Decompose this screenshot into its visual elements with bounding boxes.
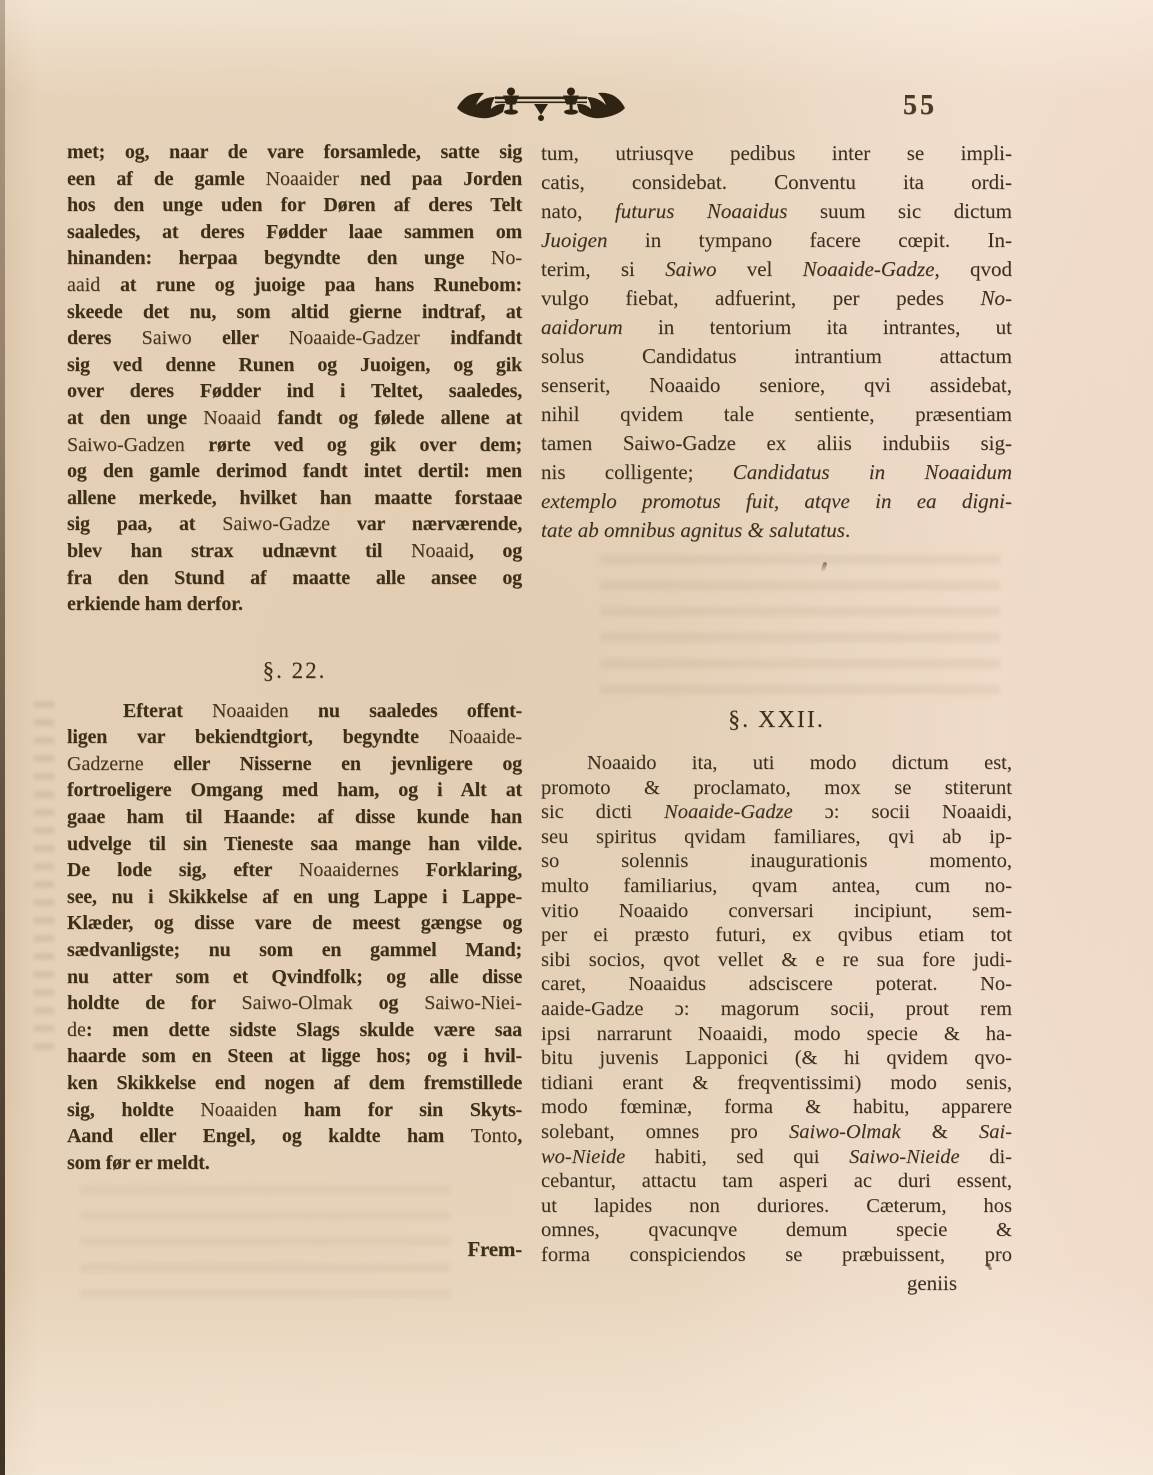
antiqua-text-segment: Noaaide- xyxy=(449,726,522,748)
text-line: Juoigen in tympano facere cœpit. In- xyxy=(541,226,1012,255)
italic-text-segment: Candidatus in Noaaidum xyxy=(733,460,1012,484)
text-line: ipsi narrarunt Noaaidi, modo specie & ha… xyxy=(541,1022,1012,1047)
text-line: forma conspiciendos se præbuissent, pro xyxy=(541,1243,1012,1268)
text-segment: so solennis inaugurationis momento, xyxy=(541,850,1012,872)
paragraph: Noaaido ita, uti modo dictum est,promoto… xyxy=(541,751,1012,1267)
text-segment: Efterat xyxy=(123,700,212,722)
book-page-scan: 55 met; og, naar de vare forsamlede, sat… xyxy=(0,0,1153,1475)
text-segment: gaae ham til Haande: af disse kunde han xyxy=(67,806,522,828)
antiqua-text-segment: No- xyxy=(491,247,522,269)
antiqua-text-segment: Noaaid xyxy=(411,540,469,562)
section-heading: §. 22. xyxy=(67,656,522,686)
text-segment: forma conspiciendos se præbuissent, pro xyxy=(541,1244,1012,1266)
text-segment: Noaaido ita, uti modo dictum est, xyxy=(587,752,1012,774)
text-segment: sig ved denne Runen og Juoigen, og gik xyxy=(67,354,522,376)
text-segment: haarde som en Steen at ligge hos; og i h… xyxy=(67,1045,522,1067)
text-segment: . xyxy=(845,518,850,542)
text-segment: sibi socios, qvot vellet & e re sua fore… xyxy=(541,949,1012,971)
text-segment: multo familiarius, qvam antea, cum no- xyxy=(541,875,1012,897)
text-line: sædvanligste; nu som en gammel Mand; xyxy=(67,937,522,964)
text-line: wo-Nieide habiti, sed qui Saiwo-Nieide d… xyxy=(541,1145,1012,1170)
text-line: holdte de for Saiwo-Olmak og Saiwo-Niei- xyxy=(67,990,522,1017)
text-segment: caret, Noaaidus adsciscere poterat. No- xyxy=(541,973,1012,995)
paragraph: Efterat Noaaiden nu saaledes offent-lige… xyxy=(67,698,522,1177)
text-line: Aand eller Engel, og kaldte ham Tonto, xyxy=(67,1123,522,1150)
text-segment: fra den Stund af maatte alle ansee og xyxy=(67,567,522,589)
italic-text-segment: No- xyxy=(981,286,1013,310)
text-line: met; og, naar de vare forsamlede, satte … xyxy=(67,139,522,166)
text-line: og den gamle derimod fandt intet dertil:… xyxy=(67,458,522,485)
text-line: tamen Saiwo-Gadze ex aliis indubiis sig- xyxy=(541,429,1012,458)
text-segment: see, nu i Skikkelse af en ung Lappe i La… xyxy=(67,886,522,908)
text-segment: senserit, Noaaido seniore, qvi assidebat… xyxy=(541,373,1012,397)
text-line: extemplo promotus fuit, atqve in ea dign… xyxy=(541,487,1012,516)
text-segment: nu saaledes offent- xyxy=(289,700,522,722)
italic-text-segment: Saiwo-Nieide xyxy=(849,1146,959,1168)
text-line: nato, futurus Noaaidus suum sic dictum xyxy=(541,197,1012,226)
text-segment: De lode sig, efter xyxy=(67,859,299,881)
text-segment: nis colligente; xyxy=(541,460,733,484)
text-segment: habiti, sed qui xyxy=(625,1146,849,1168)
text-line: allene merkede, hvilket han maatte forst… xyxy=(67,485,522,512)
antiqua-text-segment: Saiwo-Gadze xyxy=(222,513,330,535)
text-line: fortroeligere Omgang med ham, og i Alt a… xyxy=(67,777,522,804)
antiqua-text-segment: Noaaidernes xyxy=(299,859,399,881)
italic-text-segment: Sai- xyxy=(979,1121,1012,1143)
italic-text-segment: Noaaide-Gadze xyxy=(664,801,793,823)
italic-text-segment: Juoigen xyxy=(541,228,607,252)
text-segment: skeede det nu, som altid gierne indtraf,… xyxy=(67,301,522,323)
text-line: gaae ham til Haande: af disse kunde han xyxy=(67,804,522,831)
text-segment: sic dicti xyxy=(541,801,664,823)
text-segment: nihil qvidem tale sentiente, præsentiam xyxy=(541,402,1012,426)
text-segment: in tympano facere cœpit. In- xyxy=(607,228,1012,252)
text-line: haarde som en Steen at ligge hos; og i h… xyxy=(67,1043,522,1070)
text-line: senserit, Noaaido seniore, qvi assidebat… xyxy=(541,371,1012,400)
text-line: see, nu i Skikkelse af en ung Lappe i La… xyxy=(67,884,522,911)
antiqua-text-segment: Noaaiden xyxy=(212,700,289,722)
text-line: cebantur, attactu tam asperi ac duri ess… xyxy=(541,1169,1012,1194)
text-segment: aaide-Gadze ɔ: magorum socii, prout rem xyxy=(541,998,1012,1020)
text-segment: blev han strax udnævnt til xyxy=(67,540,411,562)
text-segment: vitio Noaaido conversari incipiunt, sem- xyxy=(541,900,1012,922)
antiqua-text-segment: Saiwo-Gadzen xyxy=(67,434,185,456)
text-line: omnes, qvacunqve demum specie & xyxy=(541,1218,1012,1243)
text-line: blev han strax udnævnt til Noaaid, og xyxy=(67,538,522,565)
antiqua-text-segment: Saiwo-Olmak xyxy=(241,992,352,1014)
antiqua-text-segment: aaid xyxy=(67,274,100,296)
text-segment: over deres Fødder ind i Teltet, saaledes… xyxy=(67,380,522,402)
text-segment: tidiani erant & freqventissimi) modo sen… xyxy=(541,1072,1012,1094)
text-line: som før er meldt. xyxy=(67,1150,522,1177)
text-line: bitu juvenis Lapponici (& hi qvidem qvo- xyxy=(541,1046,1012,1071)
text-segment: suum sic dictum xyxy=(787,199,1012,223)
text-line: Klæder, og disse vare de meest gængse og xyxy=(67,910,522,937)
italic-text-segment: extemplo promotus fuit, atqve in ea dign… xyxy=(541,489,1012,513)
text-line: ken Skikkelse end nogen af dem fremstill… xyxy=(67,1070,522,1097)
text-line: so solennis inaugurationis momento, xyxy=(541,849,1012,874)
text-line: multo familiarius, qvam antea, cum no- xyxy=(541,874,1012,899)
text-segment: een af de gamle xyxy=(67,168,266,190)
text-segment: met; og, naar de vare forsamlede, satte … xyxy=(67,141,522,163)
text-segment: & xyxy=(901,1121,979,1143)
text-segment: ɔ: socii Noaaidi, xyxy=(793,801,1012,823)
text-segment: bitu juvenis Lapponici (& hi qvidem qvo- xyxy=(541,1047,1012,1069)
text-line: skeede det nu, som altid gierne indtraf,… xyxy=(67,299,522,326)
text-segment: som før er meldt. xyxy=(67,1152,210,1174)
text-line: per ei præsto futuri, ex qvibus etiam to… xyxy=(541,923,1012,948)
text-line: tidiani erant & freqventissimi) modo sen… xyxy=(541,1071,1012,1096)
text-segment: hos den unge uden for Døren af deres Tel… xyxy=(67,194,522,216)
text-line: tate ab omnibus agnitus & salutatus. xyxy=(541,516,1012,545)
text-segment: Aand eller Engel, og kaldte ham xyxy=(67,1125,471,1147)
text-segment: ut lapides non duriores. Cæterum, hos xyxy=(541,1195,1012,1217)
italic-text-segment: Saiwo-Olmak xyxy=(789,1121,901,1143)
text-segment: solus Candidatus intrantium attactum xyxy=(541,344,1012,368)
text-segment: Klæder, og disse vare de meest gængse og xyxy=(67,912,522,934)
text-line: hinanden: herpaa begyndte den unge No- xyxy=(67,245,522,272)
text-segment: holdte de for xyxy=(67,992,241,1014)
text-segment: udvelge til sin Tieneste saa mange han v… xyxy=(67,833,522,855)
text-line: solus Candidatus intrantium attactum xyxy=(541,342,1012,371)
text-segment: catis, considebat. Conventu ita ordi- xyxy=(541,170,1012,194)
text-line: ut lapides non duriores. Cæterum, hos xyxy=(541,1194,1012,1219)
antiqua-text-segment: Noaaid xyxy=(203,407,261,429)
left-column-danish-text: met; og, naar de vare forsamlede, satte … xyxy=(67,139,522,1263)
text-segment: ken Skikkelse end nogen af dem fremstill… xyxy=(67,1072,522,1094)
text-segment: eller Nisserne en jevnligere og xyxy=(144,753,522,775)
text-segment: hinanden: herpaa begyndte den unge xyxy=(67,247,491,269)
text-line: nu atter som et Qvindfolk; og alle disse xyxy=(67,964,522,991)
text-segment: sig paa, at xyxy=(67,513,222,535)
text-segment: , qvod xyxy=(935,257,1013,281)
text-line: nis colligente; Candidatus in Noaaidum xyxy=(541,458,1012,487)
text-segment: at rune og juoige paa hans Runebom: xyxy=(100,274,522,296)
text-segment: seu spiritus qvidam familiares, qvi ab i… xyxy=(541,826,1012,848)
text-line: aaide-Gadze ɔ: magorum socii, prout rem xyxy=(541,997,1012,1022)
text-segment: ligen var bekiendtgiort, begyndte xyxy=(67,726,449,748)
show-through-smudge xyxy=(34,690,54,1050)
text-line: ligen var bekiendtgiort, begyndte Noaaid… xyxy=(67,724,522,751)
antiqua-text-segment: Noaaider xyxy=(266,168,339,190)
text-segment: indfandt xyxy=(420,327,522,349)
text-segment: , xyxy=(517,1125,522,1147)
section-heading: §. XXII. xyxy=(541,705,1012,735)
italic-text-segment: aaidorum xyxy=(541,315,623,339)
italic-text-segment: wo-Nieide xyxy=(541,1146,625,1168)
text-segment: , og xyxy=(469,540,522,562)
text-line: fra den Stund af maatte alle ansee og xyxy=(67,565,522,592)
text-line: terim, si Saiwo vel Noaaide-Gadze, qvod xyxy=(541,255,1012,284)
text-line: modo fœminæ, forma & habitu, apparere xyxy=(541,1095,1012,1120)
antiqua-text-segment: Gadzerne xyxy=(67,753,144,775)
text-line: seu spiritus qvidam familiares, qvi ab i… xyxy=(541,825,1012,850)
text-segment: erkiende ham derfor. xyxy=(67,593,243,615)
catchword: Frem- xyxy=(67,1236,522,1263)
page-number: 55 xyxy=(903,90,963,122)
text-segment: og den gamle derimod fandt intet dertil:… xyxy=(67,460,522,482)
text-segment: var nærværende, xyxy=(330,513,522,535)
text-segment: vel xyxy=(716,257,802,281)
text-segment: Forklaring, xyxy=(399,859,522,881)
text-segment: di- xyxy=(960,1146,1012,1168)
text-line: udvelge til sin Tieneste saa mange han v… xyxy=(67,831,522,858)
text-line: at den unge Noaaid fandt og følede allen… xyxy=(67,405,522,432)
text-segment: saaledes, at deres Fødder laae sammen om xyxy=(67,221,522,243)
italic-text-segment: futurus Noaaidus xyxy=(615,199,788,223)
text-segment: rørte ved og gik over dem; xyxy=(185,434,522,456)
text-segment: omnes, qvacunqve demum specie & xyxy=(541,1219,1012,1241)
text-segment: fortroeligere Omgang med ham, og i Alt a… xyxy=(67,779,522,801)
text-segment: in tentorium ita intrantes, ut xyxy=(623,315,1012,339)
antiqua-text-segment: de xyxy=(67,1019,86,1041)
text-line: sic dicti Noaaide-Gadze ɔ: socii Noaaidi… xyxy=(541,800,1012,825)
catchword: geniis xyxy=(541,1269,1012,1298)
text-segment: sædvanligste; nu som en gammel Mand; xyxy=(67,939,522,961)
text-segment: : men dette sidste Slags skulde være saa xyxy=(86,1019,522,1041)
right-column-latin-text: tum, utriusqve pedibus inter se impli-ca… xyxy=(541,139,1012,1298)
text-line: erkiende ham derfor. xyxy=(67,591,522,618)
text-line: promoto & proclamato, mox se stiterunt xyxy=(541,776,1012,801)
text-line: caret, Noaaidus adsciscere poterat. No- xyxy=(541,972,1012,997)
antiqua-text-segment: Saiwo xyxy=(142,327,192,349)
text-segment: ned paa Jorden xyxy=(339,168,522,190)
text-segment: nu atter som et Qvindfolk; og alle disse xyxy=(67,966,522,988)
text-segment: vulgo fiebat, adfuerint, per pedes xyxy=(541,286,981,310)
text-line: catis, considebat. Conventu ita ordi- xyxy=(541,168,1012,197)
text-line: Gadzerne eller Nisserne en jevnligere og xyxy=(67,751,522,778)
text-line: over deres Fødder ind i Teltet, saaledes… xyxy=(67,378,522,405)
floral-headpiece-ornament-icon xyxy=(455,84,627,124)
antiqua-text-segment: Tonto xyxy=(471,1125,517,1147)
text-line: een af de gamle Noaaider ned paa Jorden xyxy=(67,166,522,193)
italic-text-segment: tate ab omnibus agnitus & salutatus xyxy=(541,518,845,542)
text-line: Efterat Noaaiden nu saaledes offent- xyxy=(67,698,522,725)
text-line: Saiwo-Gadzen rørte ved og gik over dem; xyxy=(67,432,522,459)
antiqua-text-segment: Noaaide-Gadzer xyxy=(289,327,420,349)
text-segment: ipsi narrarunt Noaaidi, modo specie & ha… xyxy=(541,1023,1012,1045)
text-segment: tamen Saiwo-Gadze ex aliis indubiis sig- xyxy=(541,431,1012,455)
text-line: Noaaido ita, uti modo dictum est, xyxy=(541,751,1012,776)
text-line: sig paa, at Saiwo-Gadze var nærværende, xyxy=(67,511,522,538)
paragraph: met; og, naar de vare forsamlede, satte … xyxy=(67,139,522,618)
text-segment: fandt og følede allene at xyxy=(261,407,522,429)
text-segment: tum, utriusqve pedibus inter se impli- xyxy=(541,141,1012,165)
scan-left-edge-shadow xyxy=(0,0,5,1475)
text-line: hos den unge uden for Døren af deres Tel… xyxy=(67,192,522,219)
text-line: sig, holdte Noaaiden ham for sin Skyts- xyxy=(67,1097,522,1124)
text-line: vitio Noaaido conversari incipiunt, sem- xyxy=(541,899,1012,924)
italic-text-segment: Saiwo xyxy=(665,257,716,281)
text-line: De lode sig, efter Noaaidernes Forklarin… xyxy=(67,857,522,884)
text-line: saaledes, at deres Fødder laae sammen om xyxy=(67,219,522,246)
text-line: aaid at rune og juoige paa hans Runebom: xyxy=(67,272,522,299)
text-line: sig ved denne Runen og Juoigen, og gik xyxy=(67,352,522,379)
text-line: de: men dette sidste Slags skulde være s… xyxy=(67,1017,522,1044)
antiqua-text-segment: Noaaiden xyxy=(200,1099,277,1121)
text-line: vulgo fiebat, adfuerint, per pedes No- xyxy=(541,284,1012,313)
text-segment: modo fœminæ, forma & habitu, apparere xyxy=(541,1096,1012,1118)
text-segment: sig, holdte xyxy=(67,1099,200,1121)
text-segment: allene merkede, hvilket han maatte forst… xyxy=(67,487,522,509)
text-segment: cebantur, attactu tam asperi ac duri ess… xyxy=(541,1170,1012,1192)
ink-speck xyxy=(986,1262,992,1270)
paragraph: tum, utriusqve pedibus inter se impli-ca… xyxy=(541,139,1012,545)
text-line: nihil qvidem tale sentiente, præsentiam xyxy=(541,400,1012,429)
text-segment: promoto & proclamato, mox se stiterunt xyxy=(541,777,1012,799)
antiqua-text-segment: Saiwo-Niei- xyxy=(424,992,522,1014)
text-segment: deres xyxy=(67,327,142,349)
text-segment: at den unge xyxy=(67,407,203,429)
text-segment: solebant, omnes pro xyxy=(541,1121,789,1143)
text-line: aaidorum in tentorium ita intrantes, ut xyxy=(541,313,1012,342)
text-line: tum, utriusqve pedibus inter se impli- xyxy=(541,139,1012,168)
italic-text-segment: Noaaide-Gadze xyxy=(803,257,935,281)
text-segment: eller xyxy=(192,327,289,349)
text-segment: ham for sin Skyts- xyxy=(277,1099,522,1121)
text-line: solebant, omnes pro Saiwo-Olmak & Sai- xyxy=(541,1120,1012,1145)
text-segment: terim, si xyxy=(541,257,665,281)
text-line: deres Saiwo eller Noaaide-Gadzer indfand… xyxy=(67,325,522,352)
text-segment: per ei præsto futuri, ex qvibus etiam to… xyxy=(541,924,1012,946)
text-line: sibi socios, qvot vellet & e re sua fore… xyxy=(541,948,1012,973)
text-segment: nato, xyxy=(541,199,615,223)
text-segment: og xyxy=(353,992,425,1014)
